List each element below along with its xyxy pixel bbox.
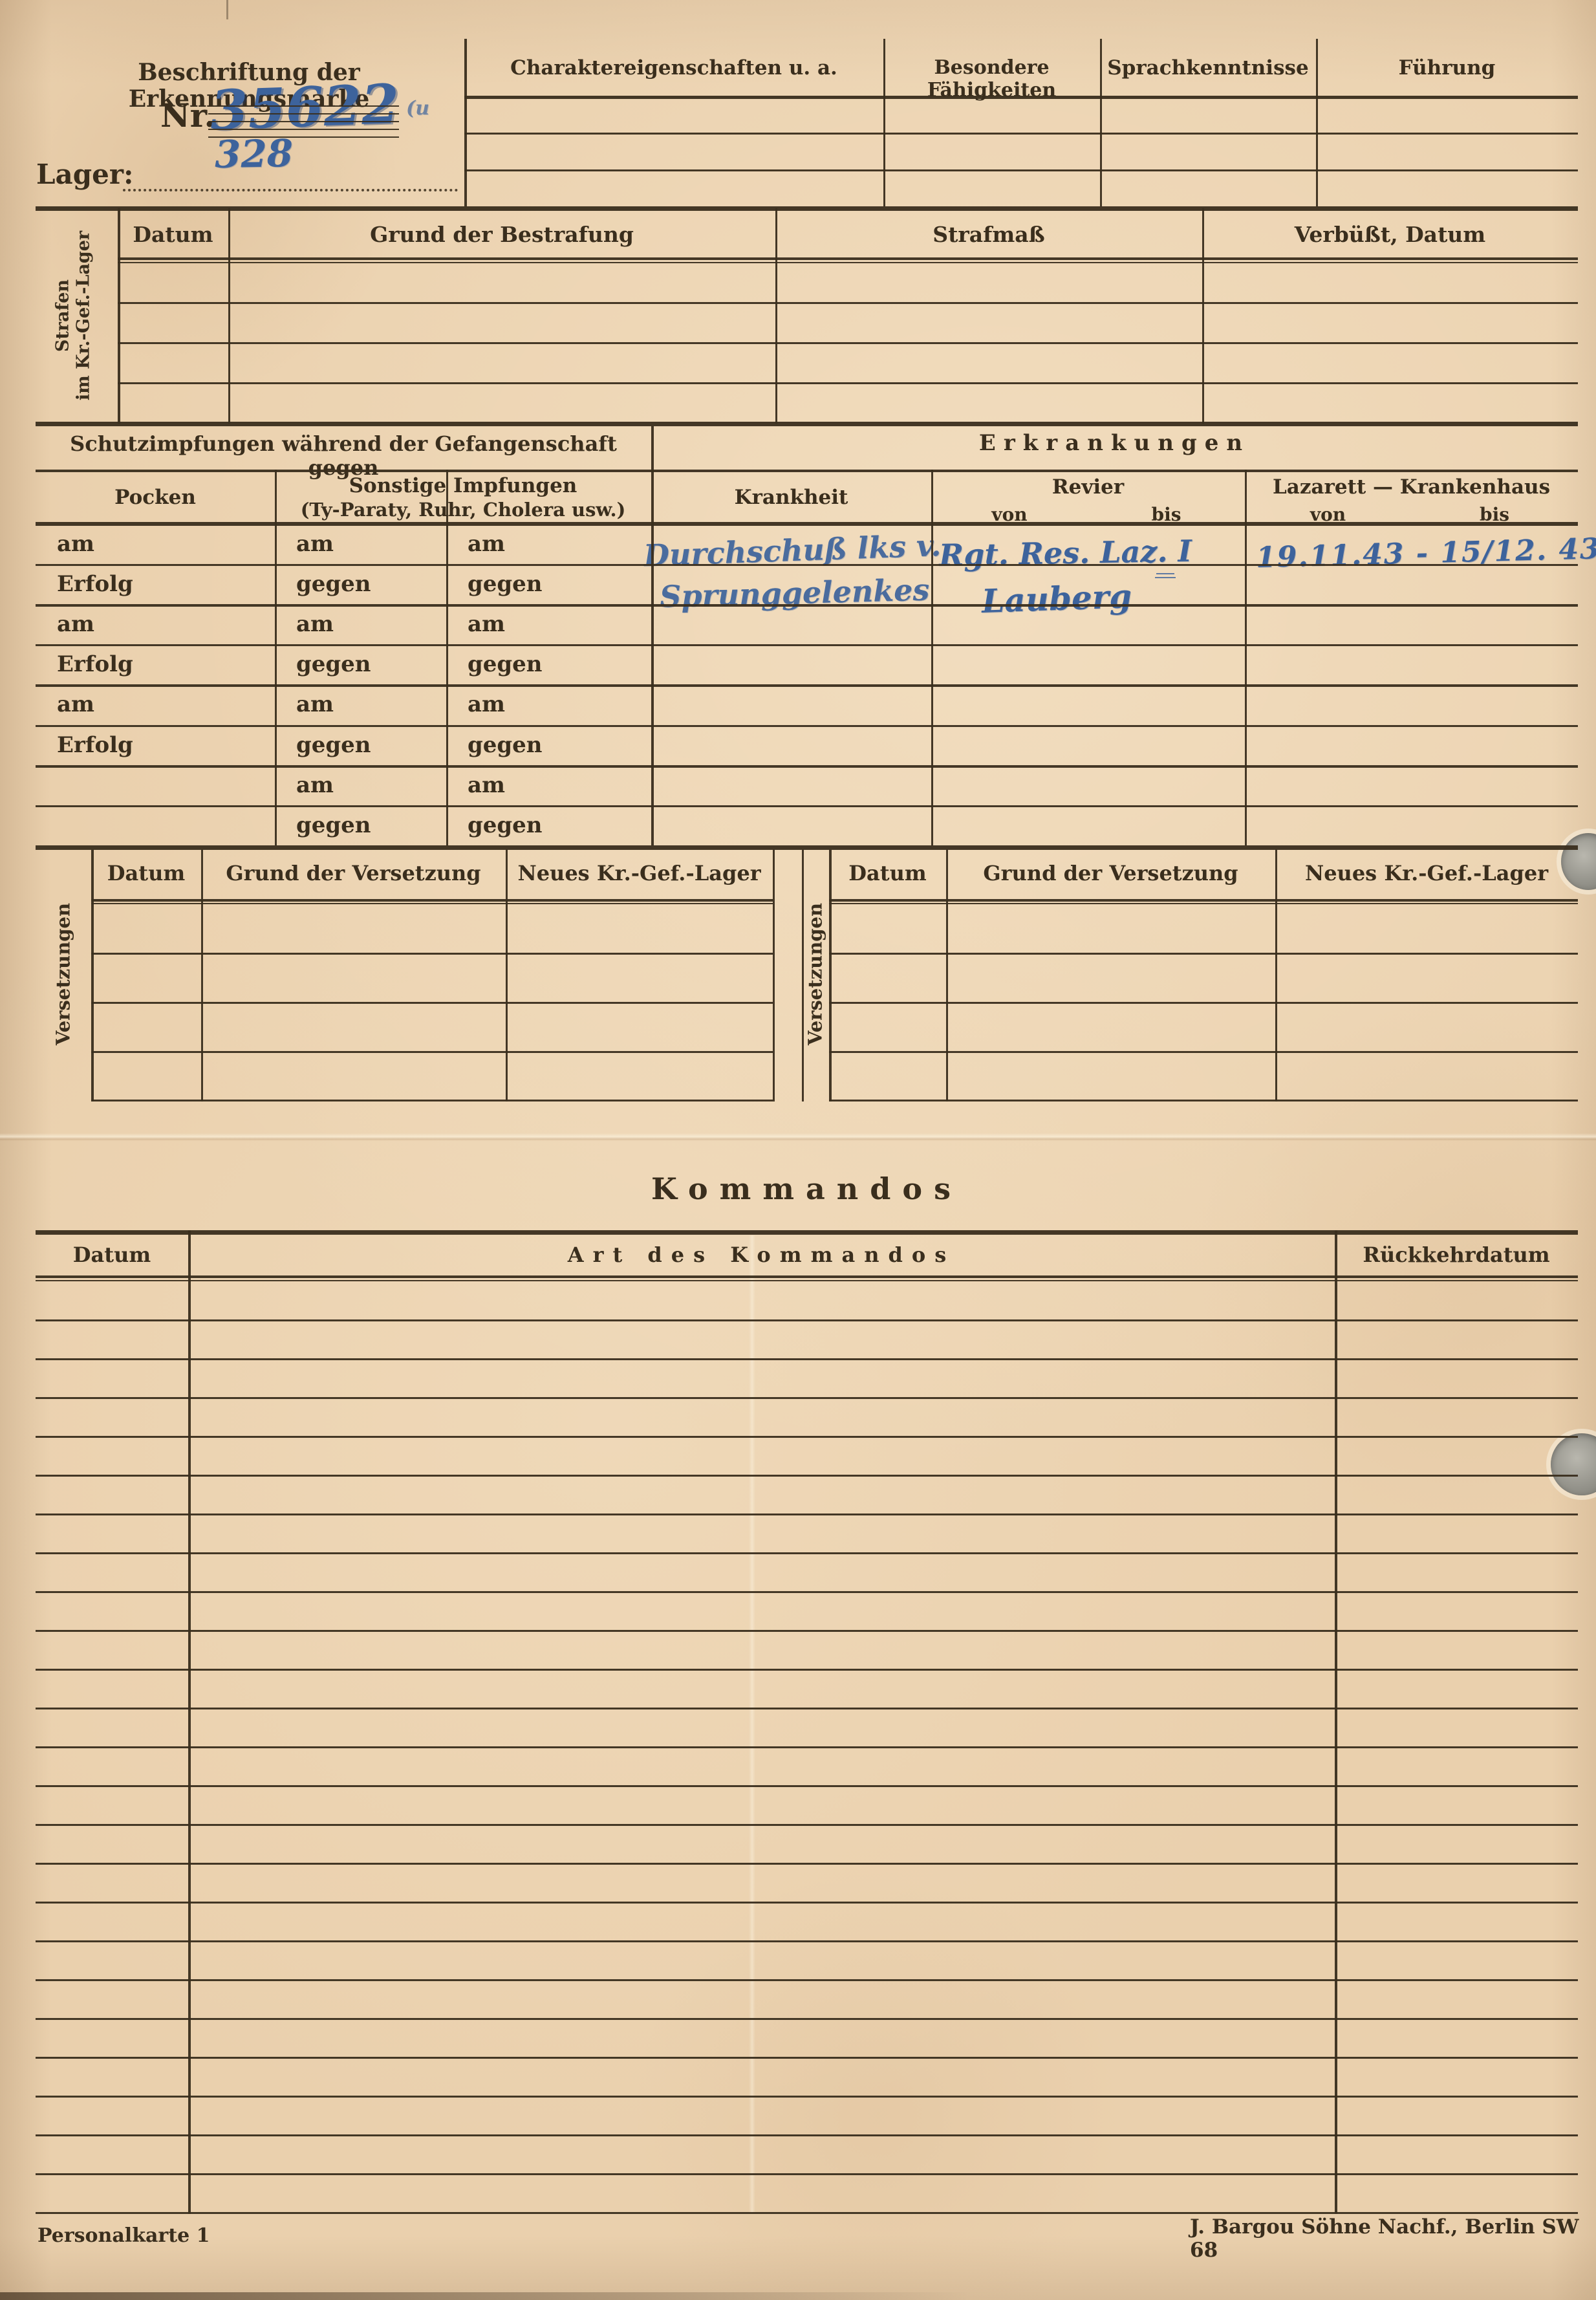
rule-line bbox=[36, 2096, 1578, 2098]
krankheit-entry-line2-handwritten: Sprunggelenkes bbox=[659, 572, 930, 614]
rule-line bbox=[829, 899, 1578, 902]
transfers-right-header-neues-lager: Neues Kr.-Gef.-Lager bbox=[1275, 862, 1578, 885]
transfers-right-header-datum: Datum bbox=[829, 862, 946, 885]
rule-line bbox=[36, 1940, 1578, 1942]
rule-line bbox=[36, 1280, 1578, 1281]
rule-line bbox=[36, 1275, 1578, 1278]
impfung2-row-label: am bbox=[468, 532, 505, 557]
impfung2-row-label: gegen bbox=[468, 733, 543, 758]
impfung1-row-label: am bbox=[296, 532, 334, 557]
rule-line bbox=[36, 1552, 1578, 1554]
rule-line bbox=[1100, 39, 1102, 206]
impfung1-row-label: gegen bbox=[296, 652, 371, 677]
rule-line bbox=[208, 136, 399, 138]
pocken-row-label: Erfolg bbox=[57, 733, 133, 758]
rule-line bbox=[91, 850, 94, 1101]
pocken-row-label: Erfolg bbox=[57, 652, 133, 677]
rule-line bbox=[118, 382, 1578, 384]
rule-line bbox=[118, 302, 1578, 304]
rule-line bbox=[91, 903, 773, 904]
rule-line bbox=[36, 1902, 1578, 1904]
impfung1-row-label: gegen bbox=[296, 572, 371, 597]
illnesses-title: Erkrankungen bbox=[651, 431, 1578, 456]
vaccinations-title: Schutzimpfungen während der Gefangenscha… bbox=[36, 432, 651, 480]
rule-line bbox=[36, 1824, 1578, 1826]
rule-line bbox=[36, 1436, 1578, 1438]
rule-line bbox=[36, 845, 1578, 850]
vertical-crease bbox=[749, 1235, 755, 2212]
rule-line bbox=[228, 208, 230, 424]
rule-line bbox=[36, 2018, 1578, 2020]
rule-line bbox=[36, 1669, 1578, 1671]
rule-line bbox=[208, 121, 399, 122]
rule-line bbox=[931, 470, 933, 845]
rule-line bbox=[36, 2134, 1578, 2136]
rule-line bbox=[36, 1863, 1578, 1865]
transfers-left-header-neues-lager: Neues Kr.-Gef.-Lager bbox=[506, 862, 773, 885]
illnesses-col-lazarett: Lazarett — Krankenhaus bbox=[1245, 476, 1578, 499]
rule-line bbox=[201, 850, 203, 1101]
rule-line bbox=[36, 1630, 1578, 1632]
rule-line bbox=[1155, 577, 1176, 578]
kommandos-header-art: Art des Kommandos bbox=[188, 1243, 1335, 1267]
rule-line bbox=[946, 850, 948, 1101]
rule-line bbox=[36, 2057, 1578, 2059]
revier-entry-line2-handwritten: Lauberg bbox=[981, 577, 1132, 620]
rule-line bbox=[651, 426, 654, 845]
rule-line bbox=[36, 564, 1578, 566]
rule-line bbox=[208, 129, 399, 130]
punishments-header-verbuesst: Verbüßt, Datum bbox=[1202, 222, 1578, 247]
rule-line bbox=[118, 208, 120, 424]
rule-line bbox=[36, 1513, 1578, 1515]
impfung2-row-label: gegen bbox=[468, 572, 543, 597]
pocken-row-label: am bbox=[57, 612, 94, 637]
impfung1-row-label: gegen bbox=[296, 733, 371, 758]
rule-line bbox=[829, 1051, 1578, 1053]
scan-edge-shadow bbox=[0, 2292, 970, 2300]
kommandos-title: Kommandos bbox=[36, 1172, 1578, 1206]
illnesses-col-krankheit: Krankheit bbox=[651, 486, 931, 510]
idbox-nr-mark-handwritten: (u bbox=[406, 97, 429, 120]
rule-line bbox=[36, 1746, 1578, 1748]
rule-line bbox=[829, 953, 1578, 955]
impfung2-row-label: gegen bbox=[468, 652, 543, 677]
fold-crease bbox=[0, 1133, 1596, 1141]
transfers-left-header-datum: Datum bbox=[91, 862, 201, 885]
rule-line bbox=[91, 953, 773, 955]
kommandos-header-datum: Datum bbox=[36, 1243, 188, 1267]
rule-line bbox=[829, 903, 1578, 904]
rule-line bbox=[91, 1100, 773, 1101]
rule-line bbox=[773, 850, 775, 1101]
footer-printer-imprint: J. Bargou Söhne Nachf., Berlin SW 68 bbox=[1190, 2216, 1596, 2262]
rule-line bbox=[464, 96, 1578, 99]
rule-line bbox=[829, 1100, 1578, 1101]
pocken-row-label: am bbox=[57, 692, 94, 717]
rule-line bbox=[91, 1051, 773, 1053]
rule-line bbox=[36, 765, 1578, 768]
pocken-row-label: Erfolg bbox=[57, 572, 133, 597]
rule-line bbox=[829, 850, 832, 1101]
rule-line bbox=[36, 644, 1578, 646]
rule-line bbox=[464, 39, 467, 206]
rule-line bbox=[91, 1002, 773, 1004]
hole-punch-bottom bbox=[1551, 1433, 1596, 1495]
traits-header-fuehrung: Führung bbox=[1316, 57, 1578, 80]
impfung1-row-label: am bbox=[296, 692, 334, 717]
rule-line bbox=[118, 257, 1578, 260]
rule-line bbox=[36, 1708, 1578, 1709]
rule-line bbox=[118, 262, 1578, 263]
rule-line bbox=[36, 1475, 1578, 1477]
traits-header-charaktereigenschaften: Charaktereigenschaften u. a. bbox=[464, 57, 883, 80]
vaccinations-col-sonstige-line1: Sonstige Impfungen bbox=[275, 475, 651, 498]
rule-line bbox=[36, 604, 1578, 607]
rule-line bbox=[464, 133, 1578, 135]
pocken-row-label: am bbox=[57, 532, 94, 557]
rule-line bbox=[36, 2212, 1578, 2214]
kommandos-header-rueckkehrdatum: Rückkehrdatum bbox=[1335, 1243, 1578, 1267]
impfung1-row-label: am bbox=[296, 773, 334, 798]
rule-line bbox=[36, 1319, 1578, 1321]
rule-line bbox=[275, 470, 277, 845]
rule-line bbox=[36, 206, 1578, 211]
impfung1-row-label: am bbox=[296, 612, 334, 637]
personalkarte-scan: Beschriftung der Erkennungsmarke Nr. 356… bbox=[0, 0, 1596, 2300]
rule-line bbox=[36, 522, 1578, 526]
rule-line bbox=[802, 850, 804, 1101]
rule-line bbox=[464, 169, 1578, 171]
lazarett-dates-handwritten: 19.11.43 - 15/12. 43 bbox=[1255, 532, 1596, 574]
illnesses-col-revier: Revier bbox=[931, 476, 1245, 499]
transfers-left-header-grund: Grund der Versetzung bbox=[201, 862, 506, 885]
rule-line bbox=[1335, 1230, 1337, 2214]
rule-line bbox=[1275, 850, 1277, 1101]
rule-line bbox=[36, 1358, 1578, 1360]
rule-line bbox=[36, 422, 1578, 426]
rule-line bbox=[775, 208, 777, 424]
traits-header-sprachkenntnisse: Sprachkenntnisse bbox=[1100, 57, 1316, 80]
vaccinations-col-sonstige-line2: (Ty-Paraty, Ruhr, Cholera usw.) bbox=[275, 499, 651, 521]
rule-line bbox=[36, 1979, 1578, 1981]
transfers-right-side-label: Versetzungen bbox=[804, 903, 827, 1045]
rule-line bbox=[1156, 573, 1174, 574]
rule-line bbox=[36, 1785, 1578, 1787]
idbox-lager-label: Lager: bbox=[36, 159, 133, 190]
impfung2-row-label: am bbox=[468, 692, 505, 717]
impfung2-row-label: am bbox=[468, 773, 505, 798]
rule-line bbox=[506, 850, 508, 1101]
rule-line bbox=[36, 1397, 1578, 1399]
traits-header-faehigkeiten: Besondere Fähigkeiten bbox=[883, 57, 1100, 102]
rule-line bbox=[1316, 39, 1318, 206]
revier-entry-line1-handwritten: Rgt. Res. Laz. I bbox=[939, 534, 1192, 573]
rule-line bbox=[36, 2173, 1578, 2175]
transfers-left-side-label: Versetzungen bbox=[52, 903, 75, 1045]
punishments-header-datum: Datum bbox=[118, 222, 228, 247]
rule-line bbox=[208, 105, 399, 107]
rule-line bbox=[91, 899, 773, 902]
rule-line bbox=[36, 1230, 1578, 1235]
rule-line bbox=[446, 470, 448, 845]
rule-line bbox=[208, 113, 399, 114]
idbox-nr-label: Nr. bbox=[160, 97, 215, 135]
footer-form-name: Personalkarte 1 bbox=[38, 2225, 210, 2248]
lager-dotted-line bbox=[123, 163, 458, 191]
rule-line bbox=[36, 684, 1578, 687]
impfung2-row-label: am bbox=[468, 612, 505, 637]
vaccinations-col-pocken: Pocken bbox=[36, 486, 275, 510]
krankheit-entry-line1-handwritten: Durchschuß lks v. bbox=[643, 528, 942, 573]
punishments-header-strafmass: Strafmaß bbox=[775, 222, 1202, 247]
rule-line bbox=[829, 1002, 1578, 1004]
rule-line bbox=[36, 725, 1578, 727]
impfung2-row-label: gegen bbox=[468, 813, 543, 838]
rule-line bbox=[188, 1230, 191, 2214]
rule-line bbox=[226, 0, 228, 19]
rule-line bbox=[36, 805, 1578, 807]
transfers-right-header-grund: Grund der Versetzung bbox=[946, 862, 1275, 885]
rule-line bbox=[1245, 470, 1247, 845]
rule-line bbox=[36, 470, 1578, 472]
rule-line bbox=[118, 342, 1578, 344]
rule-line bbox=[1202, 208, 1204, 424]
rule-line bbox=[36, 1591, 1578, 1593]
impfung1-row-label: gegen bbox=[296, 813, 371, 838]
rule-line bbox=[883, 39, 885, 206]
punishments-header-grund: Grund der Bestrafung bbox=[228, 222, 775, 247]
punishments-side-label: Strafen im Kr.-Gef.-Lager bbox=[53, 231, 95, 400]
